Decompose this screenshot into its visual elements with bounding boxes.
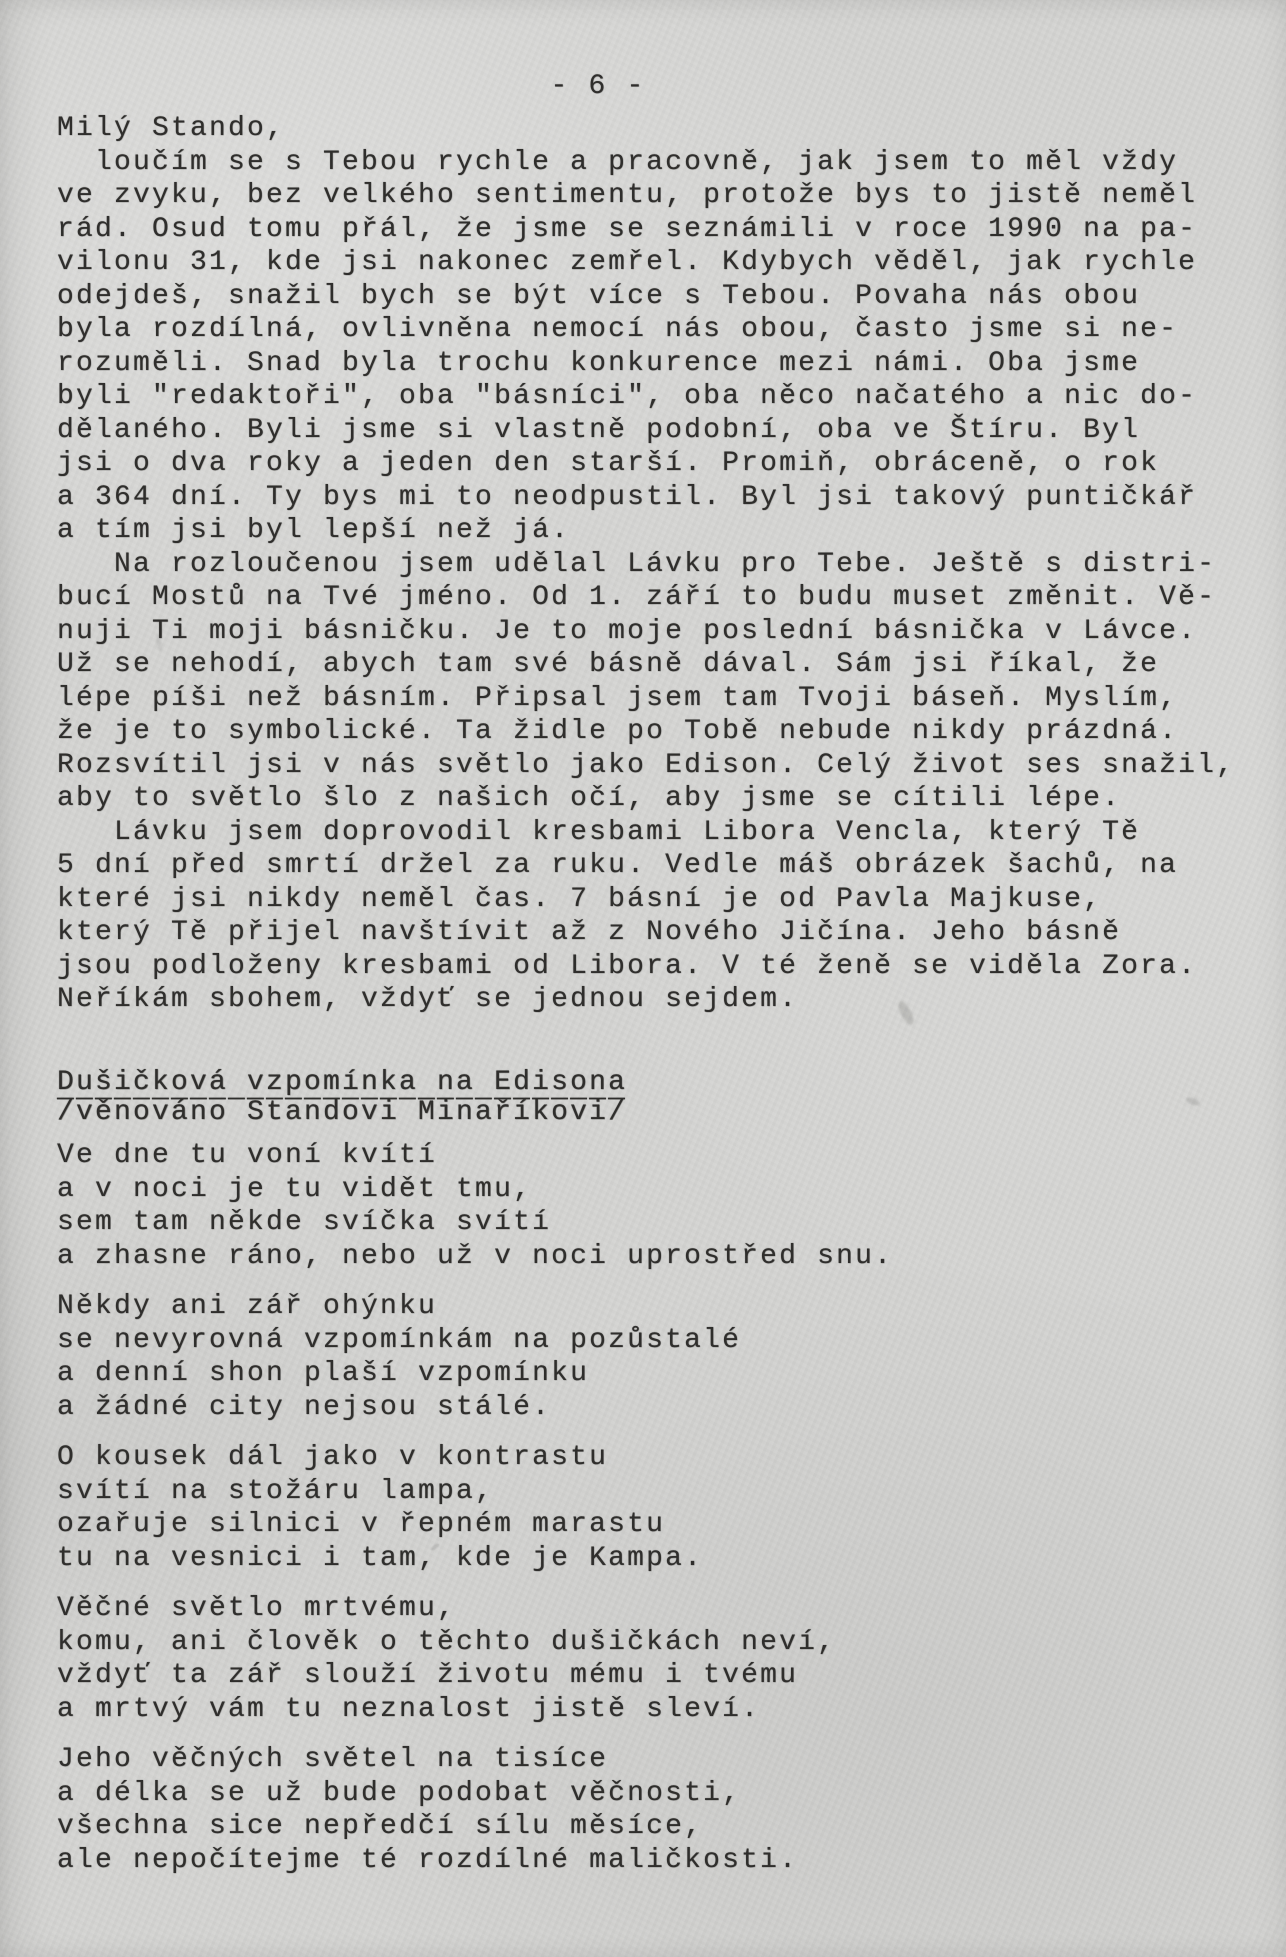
- text-line: nuji Ti moji básničku. Je to moje posled…: [57, 615, 1235, 649]
- text-line: ve zvyku, bez velkého sentimentu, protož…: [57, 179, 1235, 213]
- text-line: Věčné světlo mrtvému,: [57, 1592, 893, 1626]
- text-line: odejdeš, snažil bych se být více s Tebou…: [57, 280, 1235, 314]
- text-line: Rozsvítil jsi v nás světlo jako Edison. …: [57, 749, 1235, 783]
- letter-body: Milý Stando, loučím se s Tebou rychle a …: [57, 112, 1235, 1017]
- text-line: že je to symbolické. Ta židle po Tobě ne…: [57, 715, 1235, 749]
- text-line: tu na vesnici i tam, kde je Kampa.: [57, 1542, 893, 1576]
- text-line: Už se nehodí, abych tam své básně dával.…: [57, 648, 1235, 682]
- poem-title-underline: ______________________________: [57, 1075, 627, 1105]
- text-line: Jeho věčných světel na tisíce: [57, 1743, 893, 1777]
- text-line: Lávku jsem doprovodil kresbami Libora Ve…: [57, 816, 1235, 850]
- text-line: vždyť ta zář slouží životu mému i tvému: [57, 1659, 893, 1693]
- text-line: a 364 dní. Ty bys mi to neodpustil. Byl …: [57, 481, 1235, 515]
- text-line: a v noci je tu vidět tmu,: [57, 1173, 893, 1207]
- typewritten-page: - 6 - Milý Stando, loučím se s Tebou ryc…: [0, 0, 1286, 1957]
- text-line: svítí na stožáru lampa,: [57, 1475, 893, 1509]
- poem-body: Ve dne tu voní kvítía v noci je tu vidět…: [57, 1139, 893, 1894]
- text-line: všechna sice nepředčí sílu měsíce,: [57, 1810, 893, 1844]
- text-line: Někdy ani zář ohýnku: [57, 1290, 893, 1324]
- text-line: dělaného. Byli jsme si vlastně podobní, …: [57, 414, 1235, 448]
- text-line: Milý Stando,: [57, 112, 1235, 146]
- text-line: byla rozdílná, ovlivněna nemocí nás obou…: [57, 313, 1235, 347]
- poem-stanza-3: O kousek dál jako v kontrastusvítí na st…: [57, 1441, 893, 1575]
- text-line: se nevyrovná vzpomínkám na pozůstalé: [57, 1324, 893, 1358]
- text-line: a délka se už bude podobat věčnosti,: [57, 1777, 893, 1811]
- text-line: O kousek dál jako v kontrastu: [57, 1441, 893, 1475]
- text-line: a tím jsi byl lepší než já.: [57, 514, 1235, 548]
- text-line: Neříkám sbohem, vždyť se jednou sejdem.: [57, 983, 1235, 1017]
- text-line: sem tam někde svíčka svítí: [57, 1206, 893, 1240]
- paper-smudge: [1185, 1096, 1201, 1107]
- text-line: které jsi nikdy neměl čas. 7 básní je od…: [57, 883, 1235, 917]
- text-line: vilonu 31, kde jsi nakonec zemřel. Kdyby…: [57, 246, 1235, 280]
- text-line: byli "redaktoři", oba "básníci", oba něc…: [57, 380, 1235, 414]
- text-line: a mrtvý vám tu neznalost jistě sleví.: [57, 1693, 893, 1727]
- text-line: 5 dní před smrtí držel za ruku. Vedle má…: [57, 849, 1235, 883]
- text-line: rozuměli. Snad byla trochu konkurence me…: [57, 347, 1235, 381]
- text-line: který Tě přijel navštívit až z Nového Ji…: [57, 916, 1235, 950]
- text-line: rád. Osud tomu přál, že jsme se seznámil…: [57, 213, 1235, 247]
- text-line: Na rozloučenou jsem udělal Lávku pro Teb…: [57, 548, 1235, 582]
- text-line: jsi o dva roky a jeden den starší. Promi…: [57, 447, 1235, 481]
- text-line: bucí Mostů na Tvé jméno. Od 1. září to b…: [57, 581, 1235, 615]
- text-line: lépe píši než básním. Připsal jsem tam T…: [57, 682, 1235, 716]
- poem-stanza-4: Věčné světlo mrtvému,komu, ani člověk o …: [57, 1592, 893, 1726]
- text-line: aby to světlo šlo z našich očí, aby jsme…: [57, 782, 1235, 816]
- text-line: komu, ani člověk o těchto dušičkách neví…: [57, 1626, 893, 1660]
- poem-stanza-1: Ve dne tu voní kvítía v noci je tu vidět…: [57, 1139, 893, 1273]
- text-line: ozařuje silnici v řepném marastu: [57, 1508, 893, 1542]
- text-line: a žádné city nejsou stálé.: [57, 1391, 893, 1425]
- poem-stanza-2: Někdy ani zář ohýnkuse nevyrovná vzpomín…: [57, 1290, 893, 1424]
- text-line: jsou podloženy kresbami od Libora. V té …: [57, 950, 1235, 984]
- page-number: - 6 -: [0, 70, 1196, 104]
- text-line: a denní shon plaší vzpomínku: [57, 1357, 893, 1391]
- text-line: a zhasne ráno, nebo už v noci uprostřed …: [57, 1240, 893, 1274]
- text-line: Ve dne tu voní kvítí: [57, 1139, 893, 1173]
- poem-header: Dušičková vzpomínka na Edisona _________…: [57, 1068, 627, 1128]
- poem-stanza-5: Jeho věčných světel na tisícea délka se …: [57, 1743, 893, 1877]
- text-line: loučím se s Tebou rychle a pracovně, jak…: [57, 146, 1235, 180]
- text-line: ale nepočítejme té rozdílné maličkosti.: [57, 1844, 893, 1878]
